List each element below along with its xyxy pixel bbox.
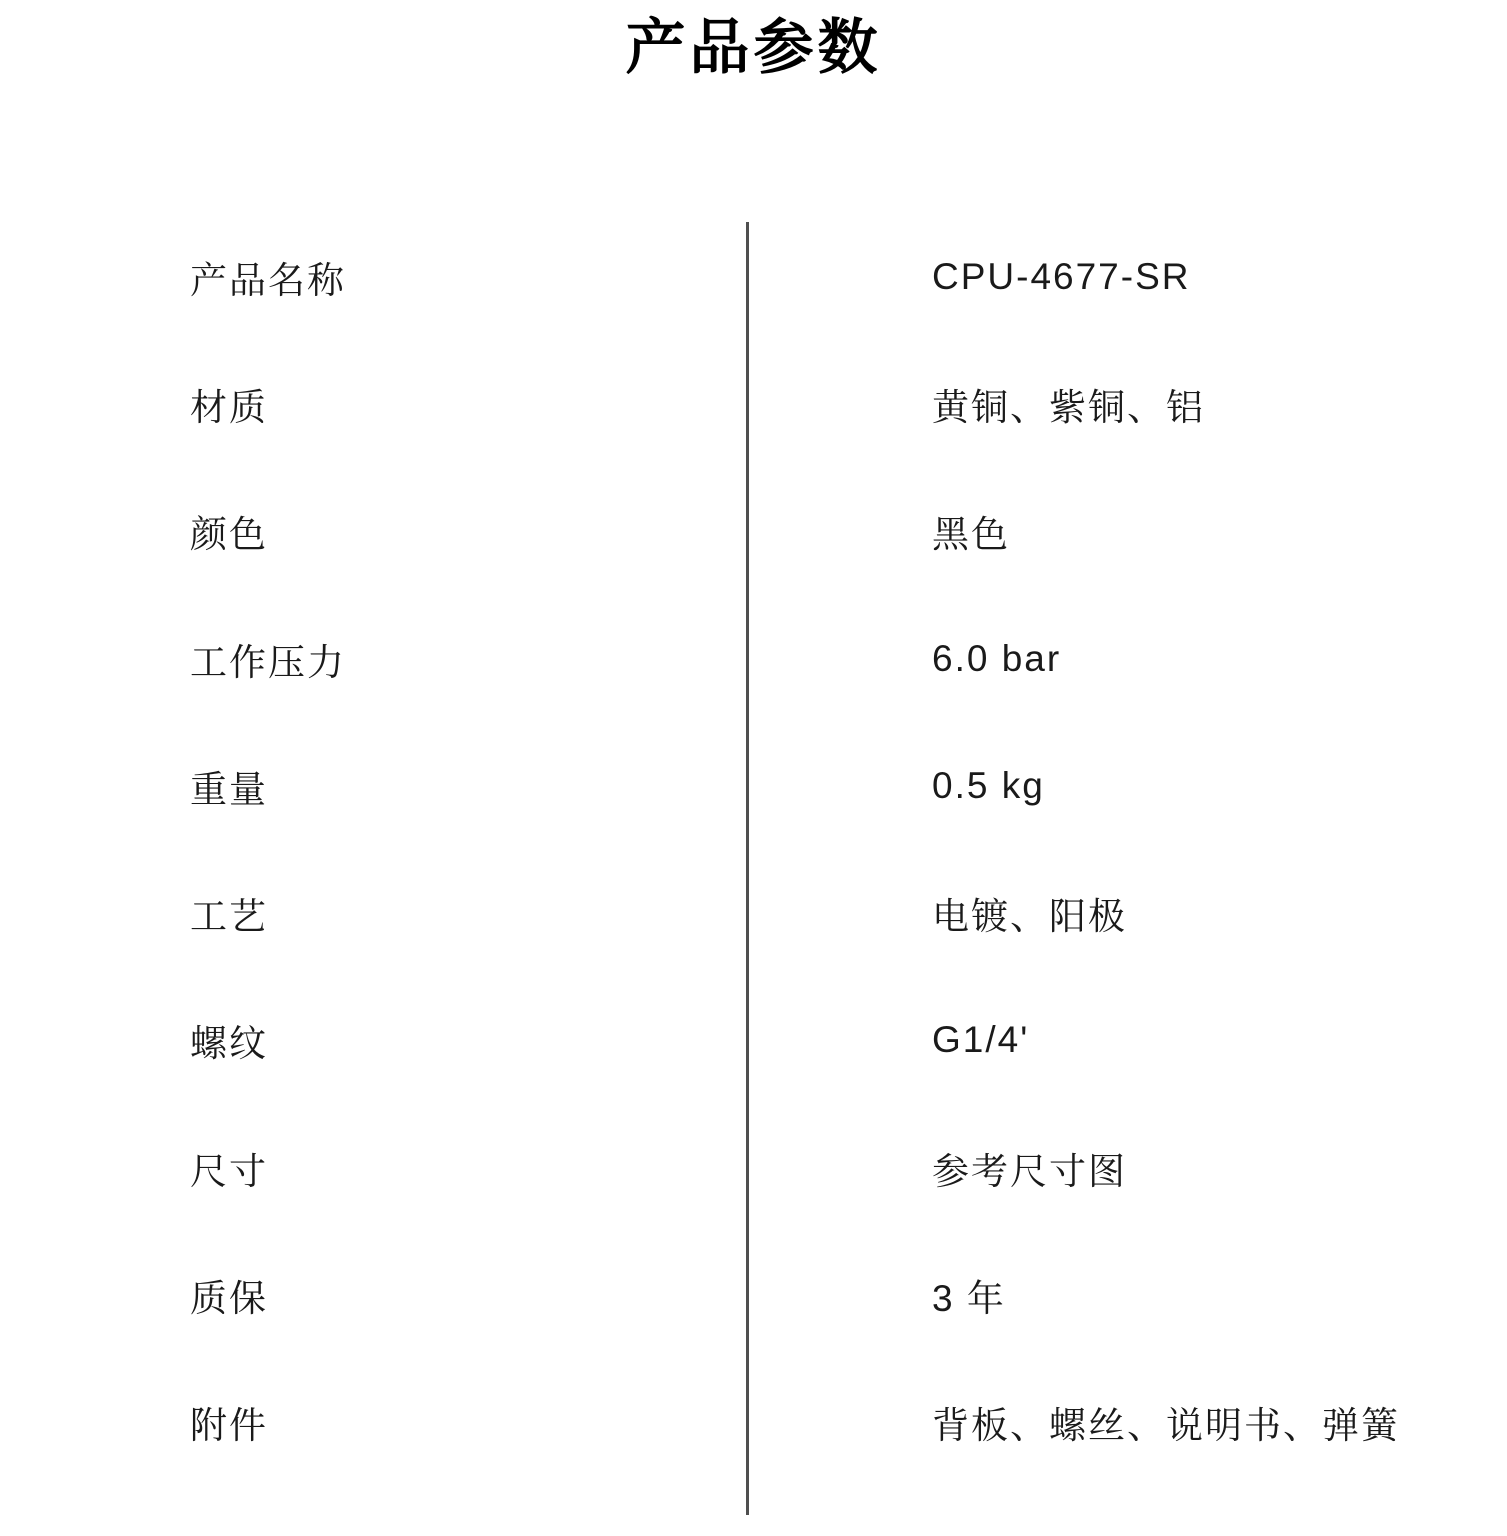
spec-value: CPU-4677-SR	[748, 256, 1507, 298]
spec-row: 螺纹 G1/4'	[0, 977, 1507, 1104]
spec-row: 颜色 黑色	[0, 468, 1507, 595]
spec-row: 重量 0.5 kg	[0, 722, 1507, 849]
spec-label: 质保	[0, 1268, 748, 1322]
spec-label: 附件	[0, 1395, 748, 1449]
spec-row: 附件 背板、螺丝、说明书、弹簧	[0, 1359, 1507, 1486]
spec-rows: 产品名称 CPU-4677-SR 材质 黄铜、紫铜、铝 颜色 黑色 工作压力 6…	[0, 213, 1507, 1486]
spec-value: 参考尺寸图	[748, 1141, 1507, 1195]
table-divider	[746, 222, 749, 1515]
spec-label: 螺纹	[0, 1013, 748, 1067]
spec-value: 3 年	[748, 1268, 1507, 1322]
spec-value: 6.0 bar	[748, 638, 1507, 680]
spec-label: 工艺	[0, 886, 748, 940]
spec-row: 产品名称 CPU-4677-SR	[0, 213, 1507, 340]
spec-value: 背板、螺丝、说明书、弹簧	[748, 1395, 1507, 1449]
spec-label: 工作压力	[0, 632, 748, 686]
spec-value: G1/4'	[748, 1019, 1507, 1061]
spec-label: 材质	[0, 377, 748, 431]
spec-row: 质保 3 年	[0, 1231, 1507, 1358]
spec-value: 黄铜、紫铜、铝	[748, 377, 1507, 431]
product-spec-sheet: 产品参数 产品名称 CPU-4677-SR 材质 黄铜、紫铜、铝 颜色 黑色 工…	[0, 0, 1507, 1536]
spec-row: 工作压力 6.0 bar	[0, 595, 1507, 722]
spec-label: 颜色	[0, 504, 748, 558]
page-title: 产品参数	[0, 14, 1507, 82]
spec-row: 尺寸 参考尺寸图	[0, 1104, 1507, 1231]
spec-value: 电镀、阳极	[748, 886, 1507, 940]
spec-label: 尺寸	[0, 1141, 748, 1195]
spec-row: 材质 黄铜、紫铜、铝	[0, 340, 1507, 467]
spec-table: 产品名称 CPU-4677-SR 材质 黄铜、紫铜、铝 颜色 黑色 工作压力 6…	[0, 213, 1507, 1486]
spec-label: 重量	[0, 759, 748, 813]
spec-row: 工艺 电镀、阳极	[0, 849, 1507, 976]
spec-value: 0.5 kg	[748, 765, 1507, 807]
spec-label: 产品名称	[0, 250, 748, 304]
spec-value: 黑色	[748, 504, 1507, 558]
